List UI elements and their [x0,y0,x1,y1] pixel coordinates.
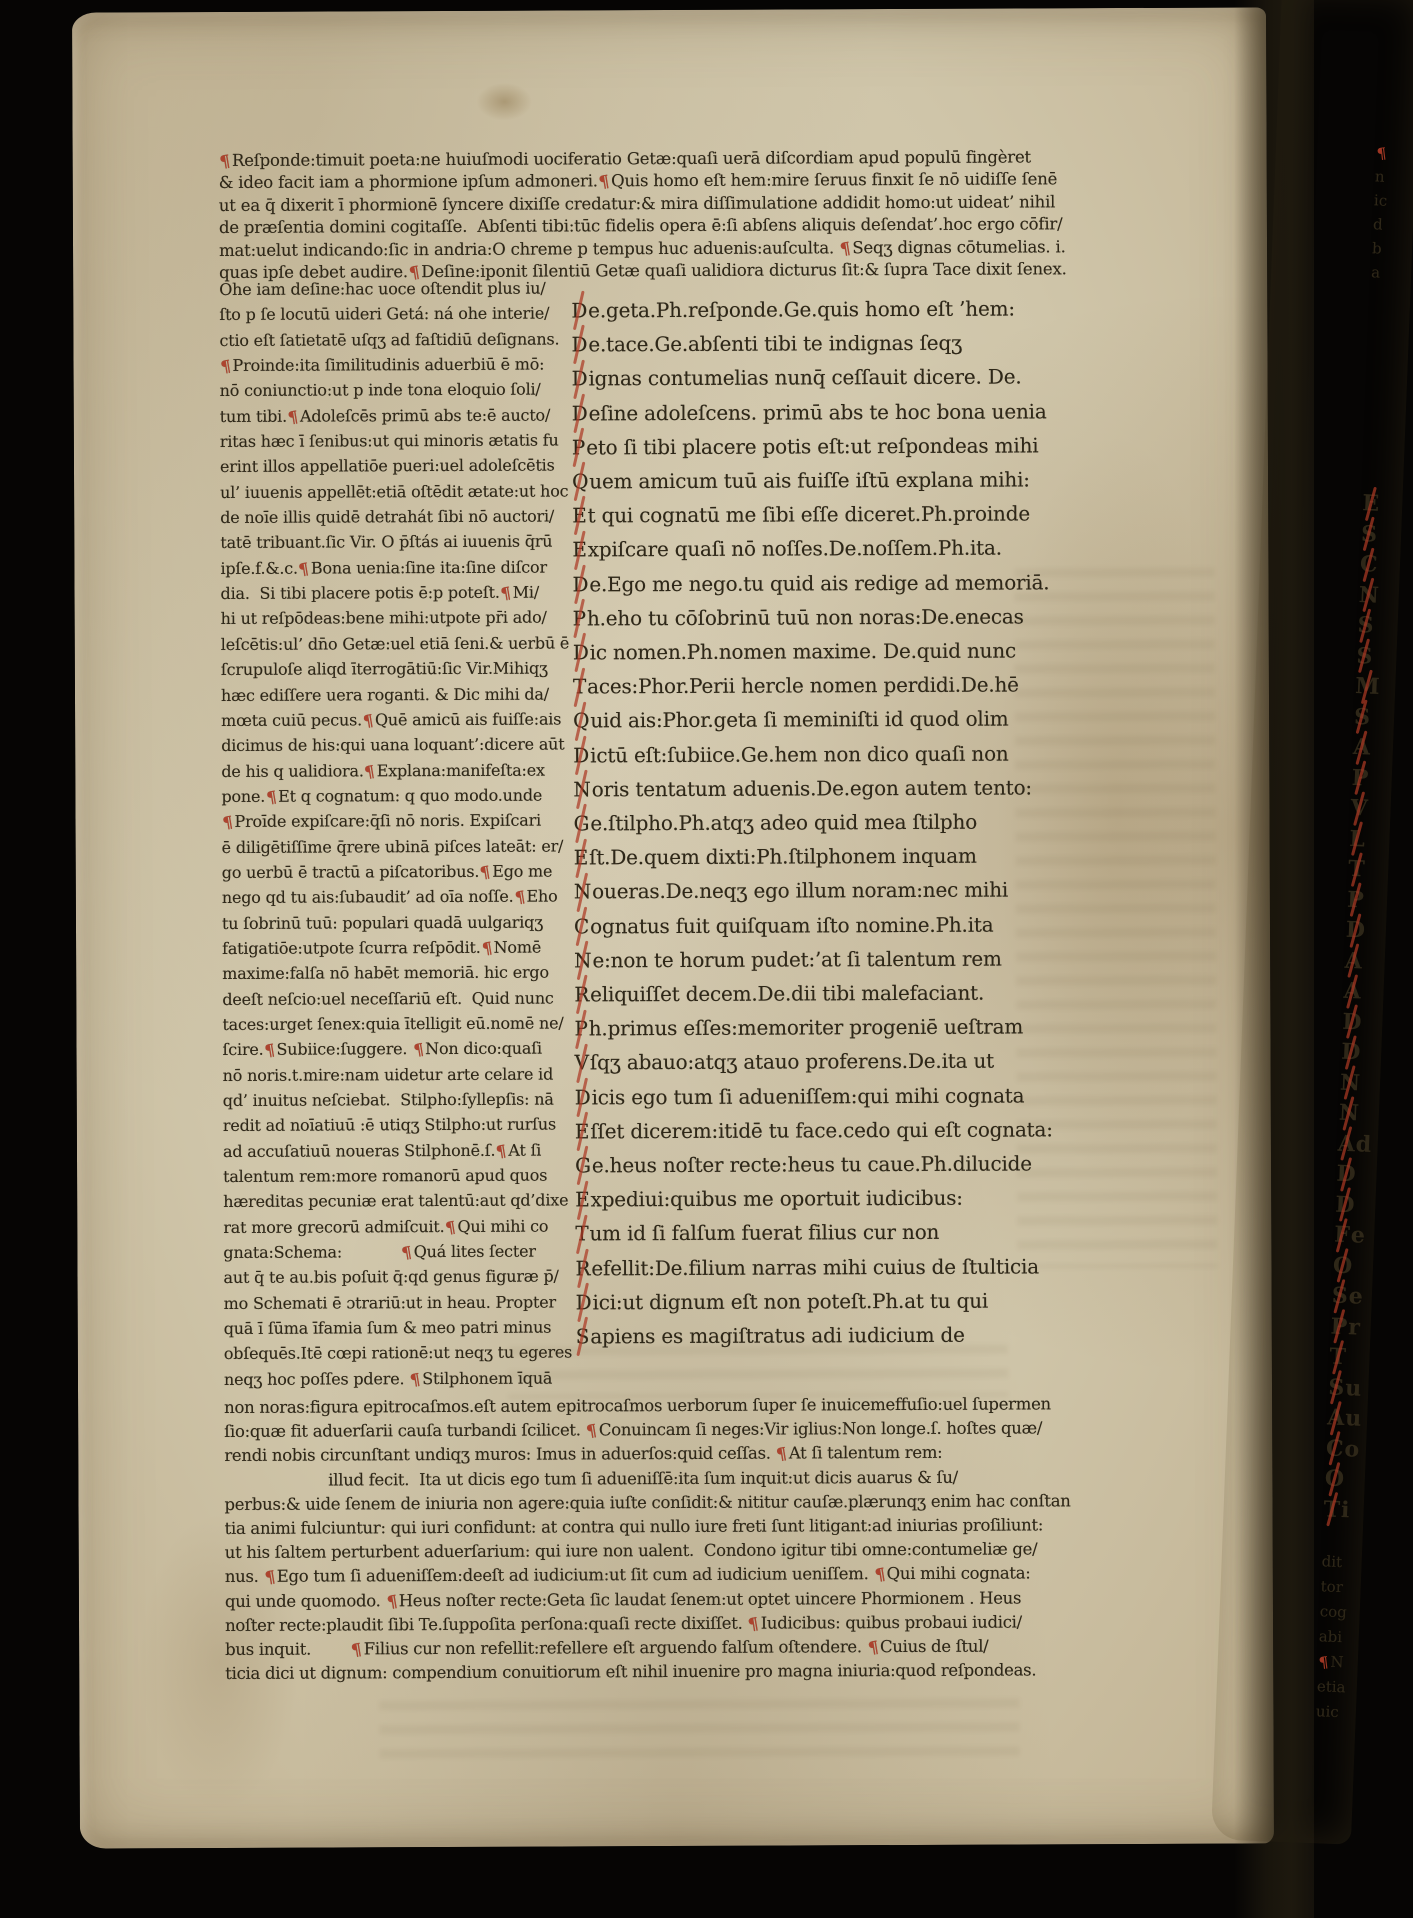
text-line: A [1352,732,1387,764]
rubricated-initial: O [1332,1250,1352,1281]
rubricated-initial: R [575,1251,590,1285]
text-line: a [1371,260,1385,284]
text-line: qui unde quomodo. ¶Heus noſter recte:Get… [225,1586,1065,1614]
paraph-mark: ¶ [219,353,233,380]
rubricated-initial: S [1356,640,1373,671]
text-line: bus inquit. ¶Filius cur non refellit:ref… [225,1634,1065,1662]
text-line: A [1343,976,1378,1008]
rubricated-initial: A [1344,945,1362,976]
paraph-mark: ¶ [444,1214,458,1241]
rubricated-initial: E [572,533,587,567]
paraph-mark: ¶ [297,556,311,583]
rubricated-initial: S [1328,1372,1345,1403]
text-line: V [1350,793,1385,825]
text-line: quā ī ſūma īfamia ſum & meo patri minus [224,1315,576,1342]
text-line: noſter recte:plaudit ſibi Te.ſuppoſita p… [225,1610,1065,1638]
text-line: N [1338,1098,1373,1130]
text-line: ſio:quæ fit aduerſarii cauſa turbandi ſc… [224,1417,1064,1445]
rubricated-initial: T [1323,1494,1341,1525]
text-line: Fe [1334,1220,1369,1252]
rubricated-initial: Q [572,464,588,498]
text-line: ticia dici ut dignum: compendium conuiti… [225,1659,1065,1687]
rubricated-initial: E [575,1114,590,1148]
text-line: b [1372,236,1386,260]
rubricated-initial: V [1350,793,1368,824]
rubricated-initial: E [572,499,587,533]
rubricated-initial: N [573,772,590,806]
text-line: aut q̄ te au.bis poſuit q̄:qd genus figu… [223,1264,575,1291]
paraph-mark: ¶ [873,1563,887,1589]
next-page-bottom-letters: dittorcogabi¶Netiauic [1315,1549,1350,1725]
rubricated-initial: A [1352,732,1370,763]
rubricated-initial: D [573,738,589,772]
rubricated-initial: L [1349,823,1366,854]
rubricated-initial: T [573,670,586,704]
text-line: Expiſcare quaſi nō noſſes.De.noſſem.Ph.i… [572,531,1042,567]
rubricated-initial: S [1331,1281,1348,1312]
text-line: ¶Proīde expiſcare:q̄ſi nō noris. Expiſca… [221,808,573,835]
text-line: n [1374,164,1388,188]
text-line: go uerbū ē tractū a piſcatoribus.¶Ego me [222,858,574,885]
text-line: nō coniunctio:ut p inde tona eloquio ſol… [220,377,572,404]
rubricated-initial: O [1324,1463,1344,1494]
text-line: maxime:falſa nō habēt memoriā. hic ergo [222,960,574,987]
text-line: P [1351,762,1386,794]
text-line: mœta cuiū pecus.¶Quē amicū ais fuiſſe:ai… [221,706,573,733]
text-line: Et qui cognatū me ſibi eſſe diceret.Ph.p… [572,497,1042,533]
text-line: ē diligētiſſime q̄rere ubinā piſces late… [222,833,574,860]
text-line: Deſine adoleſcens. primū abs te hoc bona… [572,394,1042,430]
text-line: non noras:figura epitrocaſmos.eſt autem … [224,1392,1064,1420]
rubricated-initial: E [1362,488,1380,519]
text-line: etia [1316,1674,1346,1700]
text-line: Noueras.De.neqʒ ego illum noram:nec mihi [574,873,1044,909]
text-line: T [1348,854,1383,886]
paraph-mark: ¶ [513,884,527,911]
text-line: neqʒ hoc poſſes pdere. ¶Stilphonem īquā [224,1365,576,1392]
text-line: tatē tribuant.ſic Vir. O p̄ſtás ai iuuen… [220,529,572,556]
text-line: ctio eſt ſatietatē uſqʒ ad faſtidiū deſi… [219,326,571,353]
rubricated-initial: D [572,567,588,601]
rubricated-initial: D [1335,1189,1355,1220]
rubricated-initial: S [1357,610,1374,641]
text-line: nō noris.t.mire:nam uidetur arte celare … [223,1061,575,1088]
text-line: perbus:& uide ſenem de iniuria non agere… [224,1489,1064,1517]
rubricated-initial: F [1334,1220,1351,1251]
text-line: D [1335,1189,1370,1221]
text-line: Au [1327,1402,1362,1434]
rubricated-initial: D [1345,915,1365,946]
paraph-mark: ¶ [478,859,492,886]
text-line: C [1359,549,1394,581]
top-commentary-block: ¶Reſponde:timuit poeta:ne huiuſmodi uoci… [219,146,1060,284]
rubricated-initial: D [1342,1006,1362,1037]
rubricated-initial: G [575,1148,591,1182]
text-line: hæc ediſſere uera roganti. & Dic mihi da… [221,681,573,708]
text-line: nus. ¶Ego tum ſi adueniſſem:deeſt ad iud… [225,1562,1065,1590]
rubricated-initial: N [1358,580,1379,611]
text-line: qd’ inuitus neſciebat. Stilpho:ſyllepſis… [223,1086,575,1113]
rubricated-initial: A [1327,1402,1345,1433]
text-line: ritas hæc ī ſenibus:ut qui minoris ætati… [220,427,572,454]
paraph-mark: ¶ [866,1635,880,1661]
paraph-mark: ¶ [263,1566,277,1592]
text-line: Pr [1330,1311,1365,1343]
text-line: d [1373,212,1387,236]
text-line: ¶ [1375,140,1389,164]
text-line: T [1329,1341,1364,1373]
text-line: O [1332,1250,1367,1282]
text-line: Peto ſi tibi placere potis eſt:ut reſpon… [572,428,1042,464]
text-line: Ge.heus noſter recte:heus tu caue.Ph.dil… [575,1146,1045,1182]
rubricated-initial: P [573,601,586,635]
paraph-mark: ¶ [597,171,611,195]
paraph-mark: ¶ [218,150,232,174]
rubricated-initial: N [1338,1098,1359,1129]
paraph-mark: ¶ [411,1037,425,1064]
text-line: deeſt neſcio:uel neceſſariū eſt. Quid nu… [222,985,574,1012]
text-line: abi [1318,1624,1348,1650]
text-line: Quid ais:Phor.geta ſi meminiſti id quod … [573,702,1043,738]
paraph-mark: ¶ [385,1589,399,1615]
paraph-mark: ¶ [1317,1650,1329,1676]
text-line: de his q ualidiora.¶Explana:manifeſta:ex [221,757,573,784]
text-line: ſto p ſe locutū uideri Getá: ná ohe inte… [219,301,571,328]
text-line: ¶Proinde:ita ſimilitudinis aduerbiū ē mō… [219,351,571,378]
text-line: dia. Si tibi placere potis ē:p poteſt.¶M… [220,580,572,607]
text-line: P [1347,884,1382,916]
text-line: cog [1319,1599,1349,1625]
text-line: O [1324,1463,1359,1495]
text-line: ut his ſaltem perturbent aduerſarium: qu… [225,1538,1065,1566]
next-page-top-letters: ¶nicdba [1371,140,1390,284]
rubricated-initial: D [576,1285,592,1319]
text-line: redit ad noīatiuū :ē utiqʒ Stilpho:ut ru… [223,1112,575,1139]
rubricated-initial: V [575,1046,589,1080]
text-line: taces:urget ſenex:quia ītelligit eū.nomē… [222,1010,574,1037]
paraph-mark: ¶ [838,237,852,261]
text-line: D [1341,1037,1376,1069]
text-line: Ne:non te horum pudet:’at ſi talentum re… [574,941,1044,977]
rubricated-initial: N [574,875,591,909]
rubricated-initial: M [1355,671,1381,702]
rubricated-initial: E [575,1183,590,1217]
rubricated-initial: P [574,1012,587,1046]
paraph-mark: ¶ [499,580,513,607]
text-line: De.geta.Ph.reſponde.Ge.quis homo eſt ’he… [571,291,1041,327]
paraph-mark: ¶ [263,1037,277,1064]
text-line: ipſe.f.&.c.¶Bona uenia:ſine ita:ſine diſ… [220,554,572,581]
commentary-column: Ohe iam deſine:hac uoce oſtendit plus iu… [219,275,576,1392]
bottom-commentary-block: non noras:figura epitrocaſmos.eſt autem … [224,1392,1065,1686]
text-line: De.tace.Ge.abſenti tibi te indignas ſeqʒ [571,326,1041,362]
rubricated-initial: R [574,977,589,1011]
text-line: ic [1374,188,1388,212]
text-line: Ti [1323,1494,1358,1526]
rubricated-initial: D [571,328,587,362]
text-line: S [1356,640,1391,672]
text-line: tia animi fulciuntur: qui iuri confidunt… [225,1513,1065,1541]
rubricated-initial: P [1347,884,1365,915]
text-line: talentum rem:more romanorū apud quos [223,1162,575,1189]
paraph-mark: ¶ [775,1442,789,1468]
text-line: De.Ego me nego.tu quid ais redige ad mem… [572,565,1042,601]
text-line: de noīe illis quidē detrahát ſibi nō auc… [220,504,572,531]
text-line: Ad [1337,1128,1372,1160]
text-line: N [1358,580,1393,612]
text-line: S [1357,610,1392,642]
text-line: A [1344,945,1379,977]
text-line: uic [1315,1699,1345,1725]
text-line: rendi nobis circunſtant undiqʒ muros: Im… [224,1441,1064,1469]
rubricated-initial: D [573,635,589,669]
rubricated-initial: D [572,396,588,430]
text-line: erint illos appellatiōe pueri:uel adoleſ… [220,453,572,480]
text-line: D [1336,1159,1371,1191]
text-line: D [1345,915,1380,947]
rubricated-initial: P [1351,762,1369,793]
rubricated-initial: N [574,943,591,977]
text-line: N [1339,1067,1374,1099]
paraph-mark: ¶ [495,1138,509,1165]
text-line: Ohe iam deſine:hac uoce oſtendit plus iu… [219,275,571,302]
text-line: ¶N [1317,1649,1347,1675]
text-line: mo Schemati ē ɔtrariū:ut in heau. Propte… [224,1289,576,1316]
rubricated-initial: D [572,362,588,396]
text-line: S [1354,701,1389,733]
paraph-mark: ¶ [264,784,278,811]
paraph-mark: ¶ [361,708,375,735]
paraph-mark: ¶ [363,758,377,785]
text-line: tu ſobrinū tuū: populari quadā uulgariqʒ [222,909,574,936]
paraph-mark: ¶ [350,1638,364,1664]
text-line: obſequēs.Itē cœpi rationē:ut neqʒ tu ege… [224,1340,576,1367]
text-line: pone.¶Et q cognatum: q quo modo.unde [221,782,573,809]
text-line: Ph.primus eſſes:memoriter progeniē ueſtr… [574,1010,1044,1046]
text-line: Reliquiſſet decem.De.dii tibi malefacian… [574,975,1044,1011]
text-line: hi ut reſpōdeas:bene mihi:utpote pr̄i ad… [221,605,573,632]
paraph-mark: ¶ [221,810,235,837]
rubricated-initial: A [1343,976,1361,1007]
text-line: dit [1321,1549,1351,1575]
rubricated-initial: C [1359,549,1378,580]
paraph-mark: ¶ [480,935,494,962]
paper-stain [476,83,532,121]
rubricated-initial: N [1339,1067,1360,1098]
rubricated-initial: Q [573,704,589,738]
text-line: ul’ iuuenis appellēt:etiā oſtēdit ætate:… [220,478,572,505]
rubricated-initial: S [1354,701,1371,732]
rubricated-initial: A [1337,1128,1355,1159]
text-line: Tum id ſi falſum fuerat filius cur non [575,1215,1045,1251]
paraph-mark: ¶ [286,404,300,431]
text-line: ſcire.¶Subiice:ſuggere. ¶Non dico:quaſi [222,1036,574,1063]
text-line: tor [1320,1574,1350,1600]
rubricated-initial: P [1330,1311,1348,1342]
rubricated-initial: G [573,806,589,840]
text-line: Ge.ſtilpho.Ph.atqʒ adeo quid mea ſtilpho [573,804,1043,840]
paraph-mark: ¶ [1376,141,1388,166]
main-page: ¶Reſponde:timuit poeta:ne huiuſmodi uoci… [72,7,1274,1848]
rubricated-initial: E [574,841,589,875]
play-text-column: De.geta.Ph.reſponde.Ge.quis homo eſt ’he… [571,291,1046,1353]
text-line: Noris tentatum aduenis.De.egon autem ten… [573,770,1043,806]
rubricated-initial: T [575,1217,588,1251]
rubricated-initial: S [1361,519,1378,550]
text-line: fatigatiōe:utpote ſcurra reſpōdit.¶Nomē [222,934,574,961]
text-line: Expediui:quibus me oportuit iudicibus: [575,1181,1045,1217]
bleedthrough-ghost [379,1698,1019,1761]
text-line: illud fecit. Ita ut dicis ego tum ſi adu… [224,1465,1064,1493]
text-line: hæreditas pecuniæ erat talentū:aut qd’di… [223,1188,575,1215]
text-line: dicimus de his:qui uana loquant’:dicere … [221,732,573,759]
rubricated-initial: C [574,909,589,943]
text-line: Dici:ut dignum eſt non poteſt.Ph.at tu q… [576,1283,1046,1319]
text-line: gnata:Schema: ¶Quá lites ſecter [223,1238,575,1265]
text-line: Se [1331,1281,1366,1313]
text-line: Ph.eho tu cōſobrinū tuū non noras:De.ene… [573,599,1043,635]
text-line: Cognatus fuit quiſquam iſto nomine.Ph.it… [574,907,1044,943]
text-line: Refellit:De.filium narras mihi cuius de … [575,1249,1045,1285]
text-line: leſcētis:ul’ dn̄o Getæ:uel etiā ſeni.& u… [221,630,573,657]
text-line: E [1362,488,1397,520]
paraph-mark: ¶ [408,1366,422,1393]
text-line: L [1349,823,1384,855]
text-line: Su [1328,1372,1363,1404]
rubricated-initial: D [1336,1159,1356,1190]
paraph-mark: ¶ [585,1419,599,1445]
text-line: Taces:Phor.Perii hercle nomen perdidi.De… [573,668,1043,704]
rubricated-initial: T [1348,854,1366,885]
rubricated-initial: P [572,430,585,464]
text-line: M [1355,671,1390,703]
rubricated-initial: T [1329,1341,1347,1372]
text-line: Vſqʒ abauo:atqʒ atauo proferens.De.ita u… [575,1044,1045,1080]
text-line: nego qd tu ais:ſubaudit’ ad oīa noſſe.¶E… [222,884,574,911]
text-line: Eſt.De.quem dixti:Ph.ſtilphonem inquam [574,839,1044,875]
text-line: ſcrupuloſe aliqd īterrogātiū:ſic Vir.Mih… [221,656,573,683]
text-line: D [1342,1006,1377,1038]
next-page-initials: ESCNSSMSAPVLTPDAADDNNAdDDFeOSePrTSuAuCoO… [1323,488,1397,1526]
text-line: Dignas contumelias nunq̄ ceſſauit dicere… [572,360,1042,396]
text-line: de præſentia domini cogitaſſe. Abſenti t… [219,214,1059,240]
rubricated-initial: C [1325,1433,1344,1464]
paraph-mark: ¶ [400,1240,414,1267]
rubricated-initial: D [571,293,587,327]
rubricated-initial: D [575,1080,591,1114]
text-line: Sapiens es magiſtratus adi iudicium de [576,1317,1046,1353]
rubricated-initial: S [576,1319,590,1353]
text-line: Dic nomen.Ph.nomen maxime. De.quid nunc [573,633,1043,669]
paraph-mark: ¶ [747,1612,761,1638]
text-line: Co [1325,1433,1360,1465]
text-line: S [1361,519,1396,551]
text-line: tum tibi.¶Adoleſcēs primū abs te:ē aucto… [220,402,572,429]
text-line: Dicis ego tum ſi adueniſſem:qui mihi cog… [575,1078,1045,1114]
text-line: Eſſet dicerem:itidē tu face.cedo qui eſt… [575,1112,1045,1148]
text-line: ad accuſatiuū noueras Stilphonē.ſ.¶At ſi [223,1137,575,1164]
text-line: Quem amicum tuū ais fuiſſe iſtū explana … [572,462,1042,498]
text-line: rat more grecorū admiſcuit.¶Qui mihi co [223,1213,575,1240]
text-line: Dictū eſt:ſubiice.Ge.hem non dico quaſi … [573,736,1043,772]
rubricated-initial: D [1341,1037,1361,1068]
book-photograph: ¶Reſponde:timuit poeta:ne huiuſmodi uoci… [0,0,1413,1918]
